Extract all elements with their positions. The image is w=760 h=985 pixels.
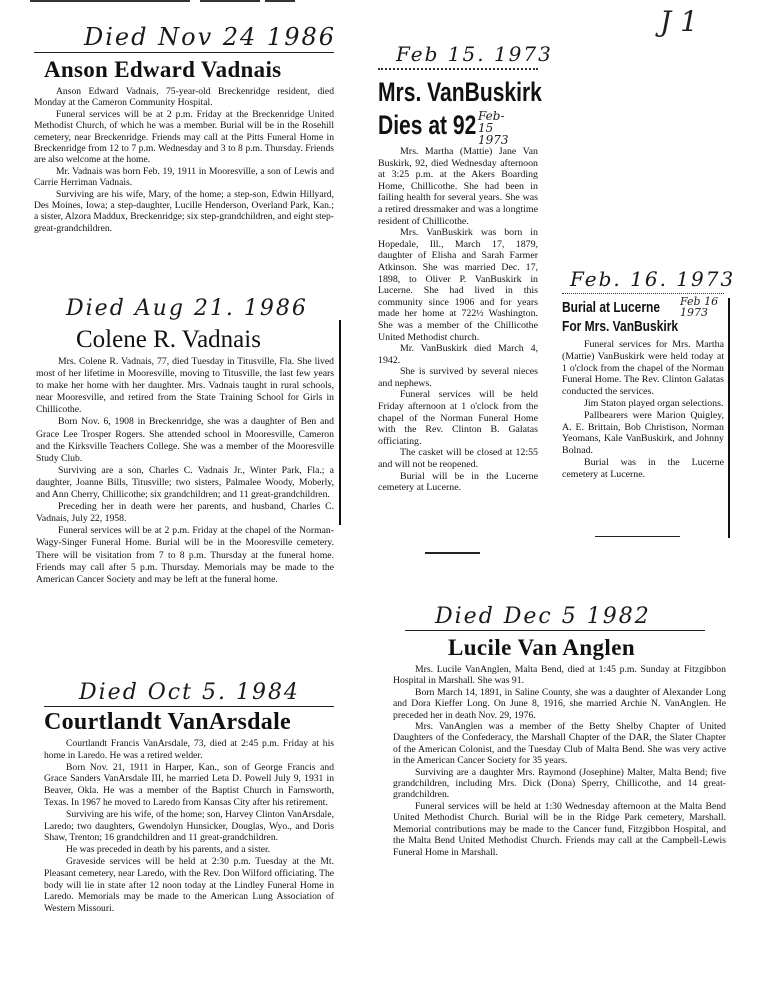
handwritten-date: Died Nov 24 1986 (34, 22, 334, 53)
paragraph: Mrs. VanBuskirk was born in Hopedale, Il… (378, 227, 538, 343)
paragraph: Funeral services will be held Friday aft… (378, 389, 538, 447)
handwritten-date: Feb. 16. 1973 (562, 265, 724, 294)
handwritten-date: Died Dec 5 1982 (405, 604, 705, 631)
end-rule (595, 536, 680, 537)
paragraph: Born Nov. 6, 1908 in Breckenridge, she w… (36, 416, 334, 464)
handwritten-date: Died Oct 5. 1984 (44, 680, 334, 707)
headline-line: Mrs. VanBuskirk (378, 76, 538, 109)
obituary-body: Courtlandt Francis VanArsdale, 73, died … (44, 738, 334, 915)
paragraph: Burial was in the Lucerne cemetery at Lu… (562, 457, 724, 481)
obituary-body: Mrs. Lucile VanAnglen, Malta Bend, died … (393, 664, 726, 858)
paragraph: She is survived by several nieces and ne… (378, 366, 538, 389)
paragraph: Funeral services will be held at 1:30 We… (393, 801, 726, 858)
obituary-body: Funeral services for Mrs. Martha (Mattie… (562, 339, 724, 481)
paragraph: Mrs. Lucile VanAnglen, Malta Bend, died … (393, 664, 726, 687)
paragraph: The casket will be closed at 12:55 and w… (378, 447, 538, 470)
obituary-body: Mrs. Colene R. Vadnais, 77, died Tuesday… (36, 356, 334, 586)
obituary-body: Mrs. Martha (Mattie) Jane Van Buskirk, 9… (378, 146, 538, 494)
paragraph: Funeral services for Mrs. Martha (Mattie… (562, 339, 724, 398)
paragraph: Surviving are a son, Charles C. Vadnais … (36, 465, 334, 501)
column-rule (339, 320, 341, 525)
paragraph: Mr. Vadnais was born Feb. 19, 1911 in Mo… (34, 166, 334, 189)
headline-line: For Mrs. VanBuskirk (562, 317, 722, 336)
paragraph: Burial will be in the Lucerne cemetery a… (378, 471, 538, 494)
obituary-headline: Colene R. Vadnais (76, 326, 334, 354)
margin-note-date: Feb-15 1973 (478, 110, 518, 146)
paragraph: Funeral services will be at 2 p.m. Frida… (36, 525, 334, 585)
paragraph: Born Nov. 21, 1911 in Harper, Kan., son … (44, 762, 334, 809)
paragraph: Jim Staton played organ selections. (562, 398, 724, 410)
obituary-headline: Lucile Van Anglen (448, 635, 726, 661)
paragraph: Mrs. VanAnglen was a member of the Betty… (393, 721, 726, 767)
column-rule (728, 298, 730, 538)
obituary-vanbuskirk-dies: Feb 15. 1973 Mrs. VanBuskirk Dies at 92 … (378, 40, 538, 494)
scan-edge-line (265, 0, 295, 2)
paragraph: Graveside services will be held at 2:30 … (44, 856, 334, 915)
paragraph: Mrs. Colene R. Vadnais, 77, died Tuesday… (36, 356, 334, 416)
paragraph: He was preceded in death by his parents,… (44, 844, 334, 856)
paragraph: Pallbearers were Marion Quigley, A. E. B… (562, 410, 724, 457)
obituary-headline: Courtlandt VanArsdale (44, 709, 334, 736)
paragraph: Born March 14, 1891, in Saline County, s… (393, 687, 726, 721)
handwritten-date: Feb 15. 1973 (378, 40, 538, 70)
obituary-courtlandt-vanarsdale: Died Oct 5. 1984 Courtlandt VanArsdale C… (44, 680, 334, 915)
paragraph: Surviving are his wife, of the home; son… (44, 809, 334, 844)
paragraph: Anson Edward Vadnais, 75-year-old Brecke… (34, 86, 334, 109)
paragraph: Mr. VanBuskirk died March 4, 1942. (378, 343, 538, 366)
obituary-body: Anson Edward Vadnais, 75-year-old Brecke… (34, 86, 334, 234)
scan-edge-line (200, 0, 260, 2)
obituary-anson-vadnais: Died Nov 24 1986 Anson Edward Vadnais An… (34, 22, 334, 234)
end-rule (425, 552, 480, 554)
obituary-headline: Anson Edward Vadnais (44, 57, 334, 83)
scan-edge-line (30, 0, 190, 2)
obituary-colene-vadnais: Died Aug 21. 1986 Colene R. Vadnais Mrs.… (36, 296, 334, 586)
corner-page-mark: J 1 (660, 8, 698, 36)
paragraph: Surviving are a daughter Mrs. Raymond (J… (393, 767, 726, 801)
paragraph: Preceding her in death were her parents,… (36, 501, 334, 525)
paragraph: Surviving are his wife, Mary, of the hom… (34, 189, 334, 235)
paragraph: Courtlandt Francis VanArsdale, 73, died … (44, 738, 334, 762)
paragraph: Funeral services will be at 2 p.m. Frida… (34, 109, 334, 166)
margin-note-date: Feb 16 1973 (680, 296, 720, 318)
paragraph: Mrs. Martha (Mattie) Jane Van Buskirk, 9… (378, 146, 538, 227)
handwritten-date: Died Aug 21. 1986 (36, 296, 334, 322)
obituary-lucile-van-anglen: Died Dec 5 1982 Lucile Van Anglen Mrs. L… (393, 604, 726, 858)
